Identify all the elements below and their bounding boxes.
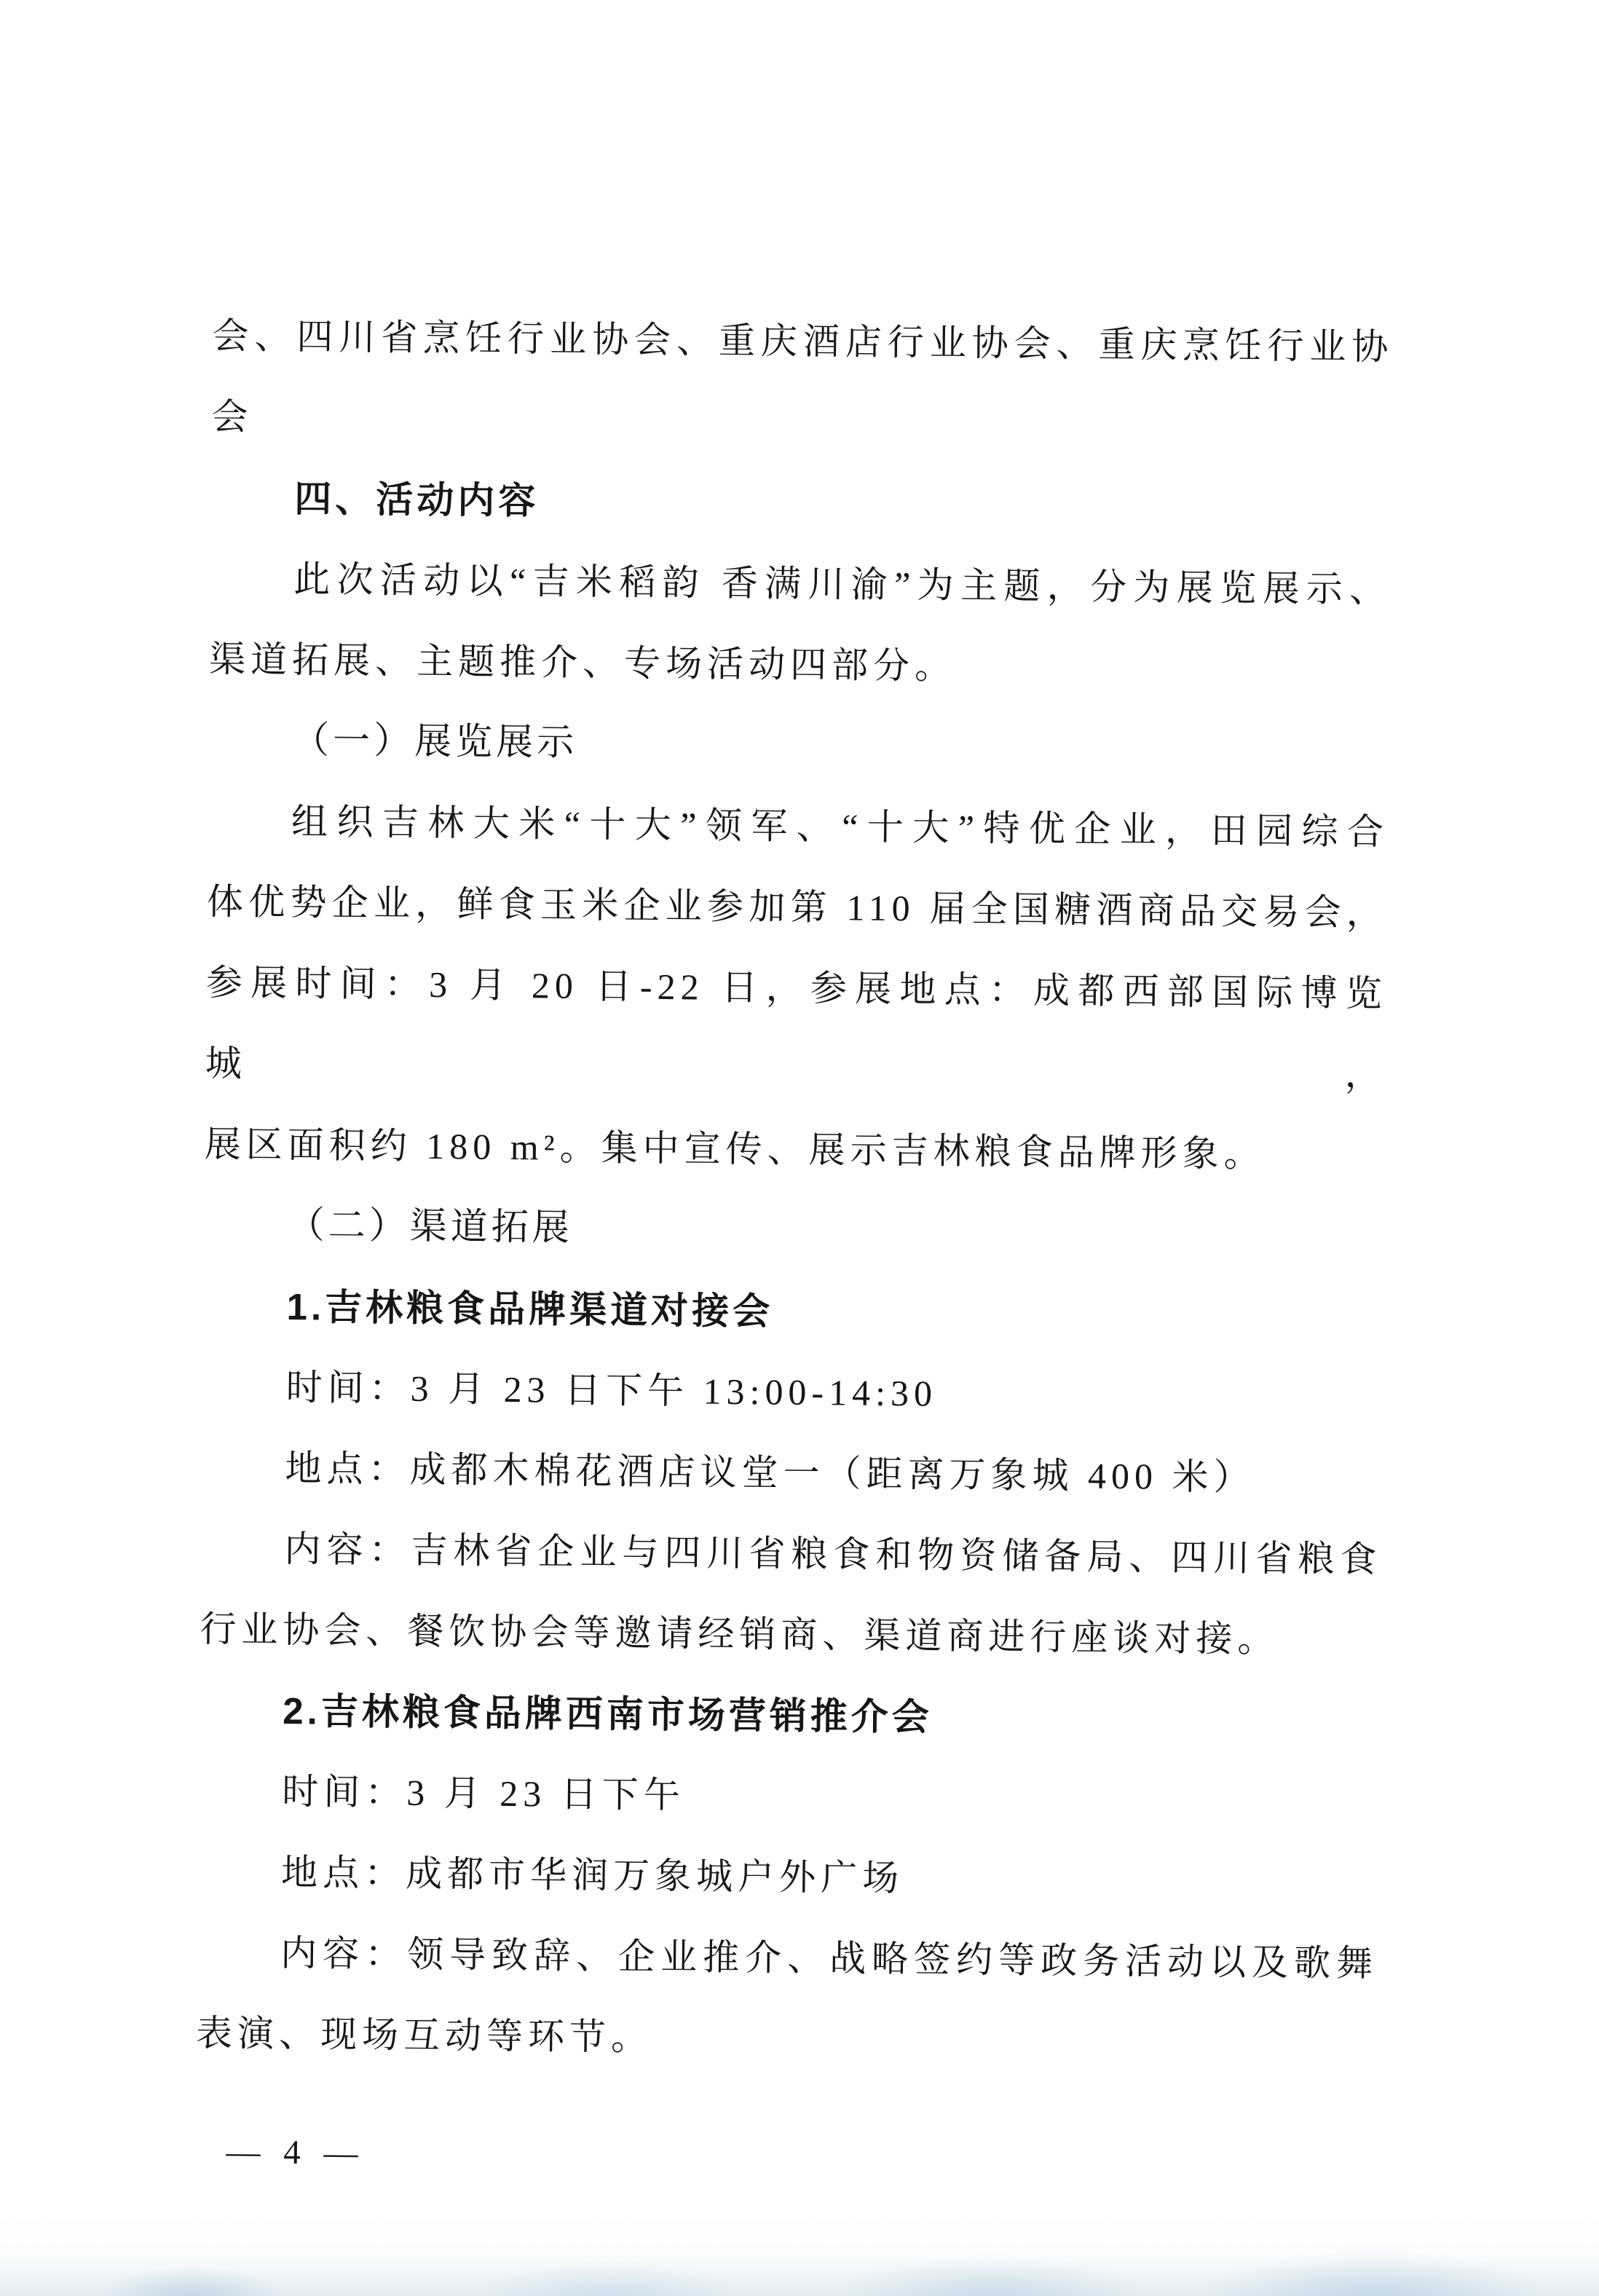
text-line: 会、四川省烹饪行业协会、重庆酒店行业协会、重庆烹饪行业协	[212, 296, 1394, 388]
sub-heading: （二）渠道拓展	[203, 1185, 1385, 1277]
text-line: 展区面积约 180 m²。集中宣传、展示吉林粮食品牌形象。	[204, 1104, 1386, 1196]
text-line: 地点：成都市华润万象城户外广场	[197, 1831, 1379, 1924]
text-line: 表演、现场互动等环节。	[196, 1993, 1378, 2086]
text-line: 会	[211, 376, 1393, 469]
text-line: 地点：成都木棉花酒店议堂一（距离万象城 400 米）	[201, 1427, 1383, 1520]
text-line: 时间：3 月 23 日下午	[198, 1751, 1380, 1843]
text-line: 内容：吉林省企业与四川省粮食和物资储备局、四川省粮食	[200, 1508, 1382, 1601]
text-line: 渠道拓展、主题推介、专场活动四部分。	[209, 619, 1391, 711]
document-page: 会、四川省烹饪行业协会、重庆酒店行业协会、重庆烹饪行业协 会 四、活动内容 此次…	[0, 0, 1599, 2296]
text-column: 会、四川省烹饪行业协会、重庆酒店行业协会、重庆烹饪行业协 会 四、活动内容 此次…	[194, 296, 1394, 2204]
text-line: 时间：3 月 23 日下午 13:00-14:30	[202, 1346, 1383, 1439]
page-number: — 4 —	[194, 2112, 1376, 2204]
section-heading: 1.吉林粮食品牌渠道对接会	[202, 1266, 1384, 1358]
text-line: 组织吉林大米“十大”领军、“十大”特优企业，田园综合	[208, 781, 1389, 873]
text-line: 内容：领导致辞、企业推介、战略签约等政务活动以及歌舞	[197, 1912, 1378, 2005]
scan-edge-artifact	[0, 2216, 1599, 2296]
sub-heading: （一）展览展示	[208, 700, 1390, 792]
text-line: 参展时间：3 月 20 日-22 日，参展地点：成都西部国际博览城，	[205, 942, 1387, 1116]
text-line: 此次活动以“吉米稻韵 香满川渝”为主题，分为展览展示、	[210, 538, 1391, 631]
section-heading: 四、活动内容	[210, 457, 1392, 550]
text-line: 体优势企业，鲜食玉米企业参加第 110 届全国糖酒商品交易会，	[206, 861, 1388, 954]
text-line: 行业协会、餐饮协会等邀请经销商、渠道商进行座谈对接。	[200, 1589, 1381, 1681]
section-heading: 2.吉林粮食品牌西南市场营销推介会	[199, 1670, 1381, 1762]
